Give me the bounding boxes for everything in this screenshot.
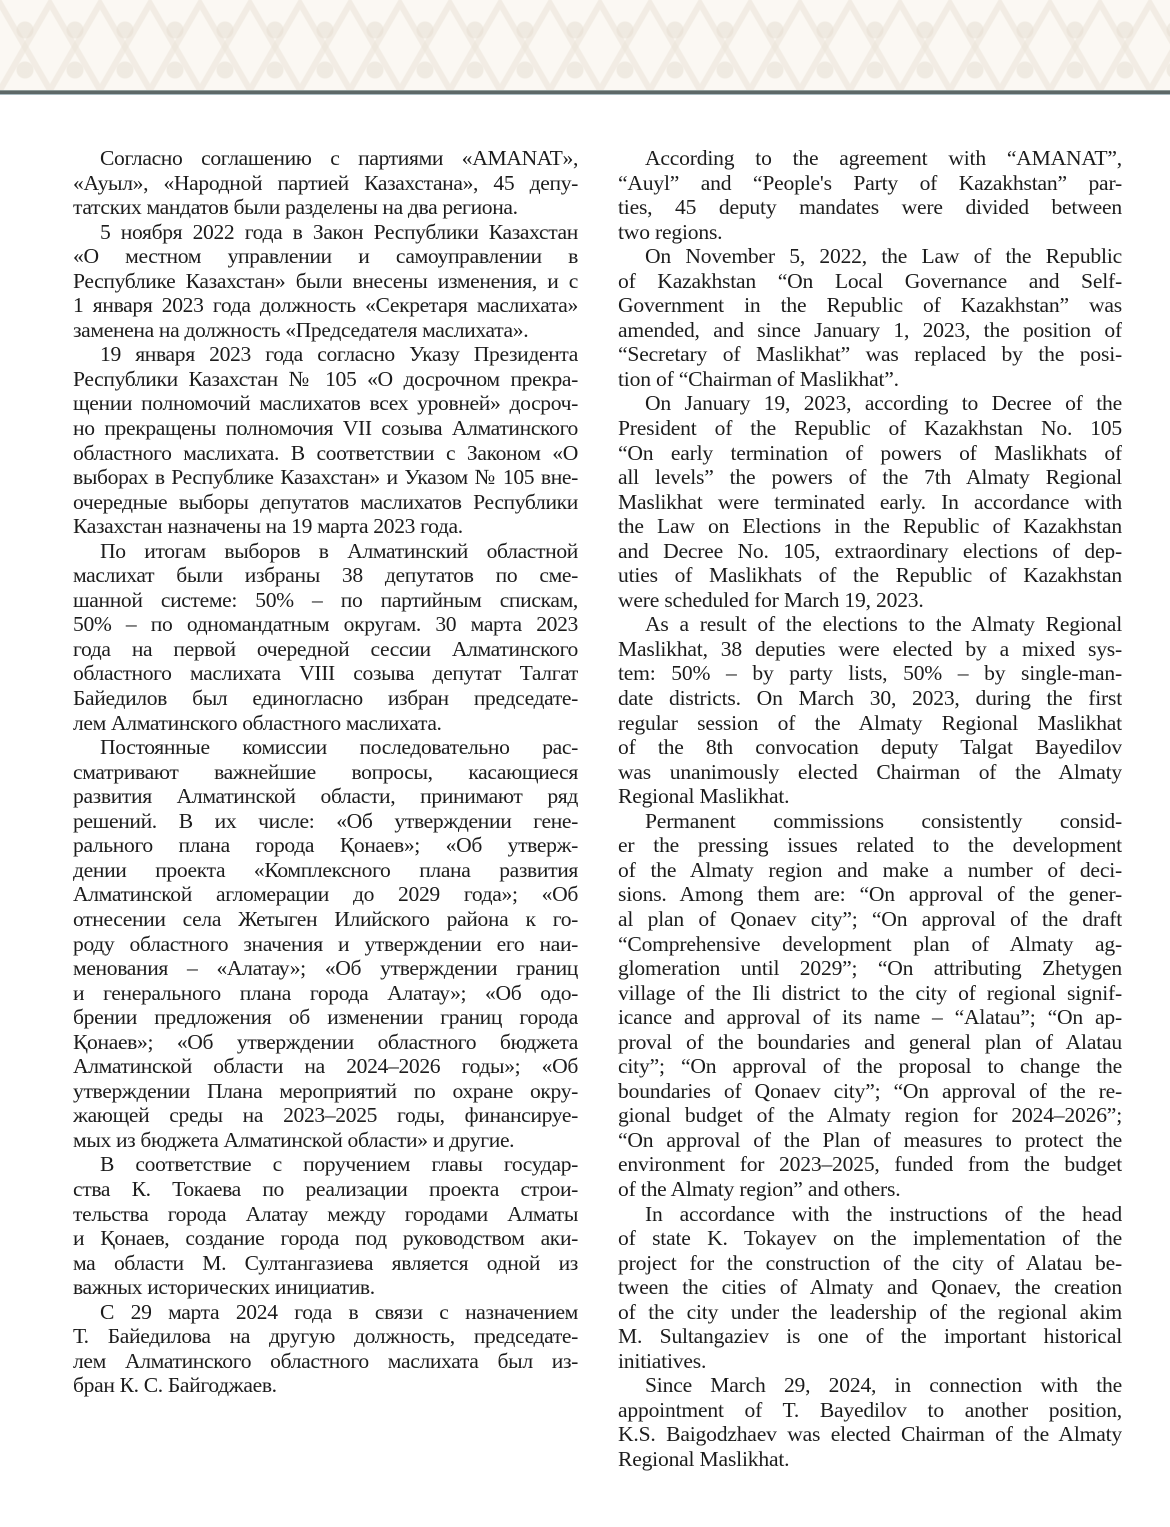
text-line: project for the construction of the city…: [618, 1251, 1122, 1276]
paragraph: Согласно соглашению с партиями «AMANAT»,…: [73, 146, 578, 220]
text-line: tem: 50% – by party lists, 50% – by sing…: [618, 661, 1122, 686]
text-line: сматривают важнейшие вопросы, касающиеся: [73, 760, 578, 785]
text-line: ties, 45 deputy mandates were divided be…: [618, 195, 1122, 220]
text-line: шанной системе: 50% – по партийным списк…: [73, 588, 578, 613]
text-line: ства К. Токаева по реализации проекта ст…: [73, 1177, 578, 1202]
text-line: Республики Казахстан № 105 «О досрочном …: [73, 367, 578, 392]
text-line: of Kazakhstan “On Local Governance and S…: [618, 269, 1122, 294]
text-line: Казахстан назначены на 19 марта 2023 год…: [73, 514, 578, 539]
text-line: “Comprehensive development plan of Almat…: [618, 932, 1122, 957]
russian-text-column: Согласно соглашению с партиями «AMANAT»,…: [73, 146, 578, 1398]
text-line: two regions.: [618, 220, 1122, 245]
text-line: tween the cities of Almaty and Qonaev, t…: [618, 1275, 1122, 1300]
text-line: брении предложения об изменении границ г…: [73, 1005, 578, 1030]
text-line: развития Алматинской области, принимают …: [73, 784, 578, 809]
text-line: 5 ноября 2022 года в Закон Республики Ка…: [73, 220, 578, 245]
text-line: proval of the boundaries and general pla…: [618, 1030, 1122, 1055]
text-line: Government in the Republic of Kazakhstan…: [618, 293, 1122, 318]
text-line: жающей среды на 2023–2025 годы, финансир…: [73, 1103, 578, 1128]
text-line: С 29 марта 2024 года в связи с назначени…: [73, 1300, 578, 1325]
paragraph: В соответствие с поручением главы госуда…: [73, 1152, 578, 1299]
text-line: года на первой очередной сессии Алматинс…: [73, 637, 578, 662]
text-line: тельства города Алатау между городами Ал…: [73, 1202, 578, 1227]
text-line: appointment of T. Bayedilov to another p…: [618, 1398, 1122, 1423]
paragraph: 19 января 2023 года согласно Указу Прези…: [73, 342, 578, 538]
text-line: was unanimously elected Chairman of the …: [618, 760, 1122, 785]
text-line: were scheduled for March 19, 2023.: [618, 588, 1122, 613]
header-divider: [0, 90, 1170, 95]
text-line: sions. Among them are: “On approval of t…: [618, 882, 1122, 907]
text-line: Maslikhat were terminated early. In acco…: [618, 490, 1122, 515]
text-line: of the Almaty region and make a number o…: [618, 858, 1122, 883]
text-line: of the city under the leadership of the …: [618, 1300, 1122, 1325]
paragraph: As a result of the elections to the Alma…: [618, 612, 1122, 808]
text-line: Permanent commissions consistently consi…: [618, 809, 1122, 834]
text-line: all levels” the powers of the 7th Almaty…: [618, 465, 1122, 490]
text-line: и генерального плана города Алатау»; «Об…: [73, 981, 578, 1006]
text-line: In accordance with the instructions of t…: [618, 1202, 1122, 1227]
text-line: Since March 29, 2024, in connection with…: [618, 1373, 1122, 1398]
text-line: and Decree No. 105, extraordinary electi…: [618, 539, 1122, 564]
text-line: glomeration until 2029”; “On attributing…: [618, 956, 1122, 981]
text-line: regular session of the Almaty Regional M…: [618, 711, 1122, 736]
text-line: of the 8th convocation deputy Talgat Bay…: [618, 735, 1122, 760]
text-line: date districts. On March 30, 2023, durin…: [618, 686, 1122, 711]
text-line: Regional Maslikhat.: [618, 784, 1122, 809]
text-line: роду областного значения и утверждении е…: [73, 932, 578, 957]
text-line: В соответствие с поручением главы госуда…: [73, 1152, 578, 1177]
text-line: ма области М. Султангазиева является одн…: [73, 1251, 578, 1276]
text-line: the Law on Elections in the Republic of …: [618, 514, 1122, 539]
text-line: As a result of the elections to the Alma…: [618, 612, 1122, 637]
text-line: Алматинской области на 2024–2026 годы»; …: [73, 1054, 578, 1079]
text-line: On January 19, 2023, according to Decree…: [618, 391, 1122, 416]
text-line: Қонаев»; «Об утверждении областного бюдж…: [73, 1030, 578, 1055]
text-line: лем Алматинского областного маслихата.: [73, 711, 578, 736]
text-line: icance and approval of its name – “Alata…: [618, 1005, 1122, 1030]
paragraph: Постоянные комиссии последовательно рас-…: [73, 735, 578, 1152]
text-line: initiatives.: [618, 1349, 1122, 1374]
text-line: маслихат были избраны 38 депутатов по см…: [73, 563, 578, 588]
text-line: Т. Байедилова на другую должность, предс…: [73, 1324, 578, 1349]
text-line: очередные выборы депутатов маслихатов Ре…: [73, 490, 578, 515]
text-line: «О местном управлении и самоуправлении в: [73, 244, 578, 269]
text-line: tion of “Chairman of Maslikhat”.: [618, 367, 1122, 392]
text-line: решений. В их числе: «Об утверждении ген…: [73, 809, 578, 834]
text-line: рального плана города Қонаев»; «Об утвер…: [73, 833, 578, 858]
text-line: President of the Republic of Kazakhstan …: [618, 416, 1122, 441]
paragraph: Permanent commissions consistently consi…: [618, 809, 1122, 1202]
text-line: village of the Ili district to the city …: [618, 981, 1122, 1006]
text-line: “On early termination of powers of Masli…: [618, 441, 1122, 466]
paragraph: In accordance with the instructions of t…: [618, 1202, 1122, 1374]
text-line: “Auyl” and “People's Party of Kazakhstan…: [618, 171, 1122, 196]
text-line: Байедилов был единогласно избран председ…: [73, 686, 578, 711]
paragraph: According to the agreement with “AMANAT”…: [618, 146, 1122, 244]
text-line: amended, and since January 1, 2023, the …: [618, 318, 1122, 343]
text-line: M. Sultangaziev is one of the important …: [618, 1324, 1122, 1349]
text-line: выборах в Республике Казахстан» и Указом…: [73, 465, 578, 490]
text-line: Согласно соглашению с партиями «AMANAT»,: [73, 146, 578, 171]
text-line: 1 января 2023 года должность «Секретаря …: [73, 293, 578, 318]
text-line: “On approval of the Plan of measures to …: [618, 1128, 1122, 1153]
text-line: er the pressing issues related to the de…: [618, 833, 1122, 858]
text-line: gional budget of the Almaty region for 2…: [618, 1103, 1122, 1128]
paragraph: Since March 29, 2024, in connection with…: [618, 1373, 1122, 1471]
text-line: “Secretary of Maslikhat” was replaced by…: [618, 342, 1122, 367]
text-line: областного маслихата VIII созыва депутат…: [73, 661, 578, 686]
text-line: Maslikhat, 38 deputies were elected by a…: [618, 637, 1122, 662]
text-line: city”; “On approval of the proposal to c…: [618, 1054, 1122, 1079]
text-line: Постоянные комиссии последовательно рас-: [73, 735, 578, 760]
paragraph: On November 5, 2022, the Law of the Repu…: [618, 244, 1122, 391]
text-line: мых из бюджета Алматинской области» и др…: [73, 1128, 578, 1153]
text-line: of the Almaty region” and others.: [618, 1177, 1122, 1202]
text-line: environment for 2023–2025, funded from t…: [618, 1152, 1122, 1177]
text-line: заменена на должность «Председателя масл…: [73, 318, 578, 343]
text-line: татских мандатов были разделены на два р…: [73, 195, 578, 220]
text-line: менования – «Алатау»; «Об утверждении гр…: [73, 956, 578, 981]
text-line: щении полномочий маслихатов всех уровней…: [73, 391, 578, 416]
text-line: of state K. Tokayev on the implementatio…: [618, 1226, 1122, 1251]
text-line: al plan of Qonaev city”; “On approval of…: [618, 907, 1122, 932]
text-line: 50% – по одномандатным округам. 30 марта…: [73, 612, 578, 637]
text-line: важных исторических инициатив.: [73, 1275, 578, 1300]
paragraph: On January 19, 2023, according to Decree…: [618, 391, 1122, 612]
paragraph: По итогам выборов в Алматинский областно…: [73, 539, 578, 735]
text-line: 19 января 2023 года согласно Указу Прези…: [73, 342, 578, 367]
text-line: утверждении Плана мероприятий по охране …: [73, 1079, 578, 1104]
text-line: бран К. С. Байгоджаев.: [73, 1373, 578, 1398]
paragraph: С 29 марта 2024 года в связи с назначени…: [73, 1300, 578, 1398]
paragraph: 5 ноября 2022 года в Закон Республики Ка…: [73, 220, 578, 343]
text-line: и Қонаев, создание города под руководств…: [73, 1226, 578, 1251]
text-line: On November 5, 2022, the Law of the Repu…: [618, 244, 1122, 269]
text-line: По итогам выборов в Алматинский областно…: [73, 539, 578, 564]
text-line: областного маслихата. В соответствии с З…: [73, 441, 578, 466]
ornament-header-band: [0, 0, 1170, 90]
text-line: но прекращены полномочия VII созыва Алма…: [73, 416, 578, 441]
text-line: Алматинской агломерации до 2029 года»; «…: [73, 882, 578, 907]
text-line: According to the agreement with “AMANAT”…: [618, 146, 1122, 171]
text-line: дении проекта «Комплексного плана развит…: [73, 858, 578, 883]
text-line: отнесении села Жетыген Илийского района …: [73, 907, 578, 932]
text-line: boundaries of Qonaev city”; “On approval…: [618, 1079, 1122, 1104]
text-line: Республике Казахстан» были внесены измен…: [73, 269, 578, 294]
text-line: K.S. Baigodzhaev was elected Chairman of…: [618, 1422, 1122, 1447]
text-line: «Ауыл», «Народной партией Казахстана», 4…: [73, 171, 578, 196]
text-line: лем Алматинского областного маслихата бы…: [73, 1349, 578, 1374]
text-line: Regional Maslikhat.: [618, 1447, 1122, 1472]
english-text-column: According to the agreement with “AMANAT”…: [618, 146, 1122, 1472]
text-line: uties of Maslikhats of the Republic of K…: [618, 563, 1122, 588]
